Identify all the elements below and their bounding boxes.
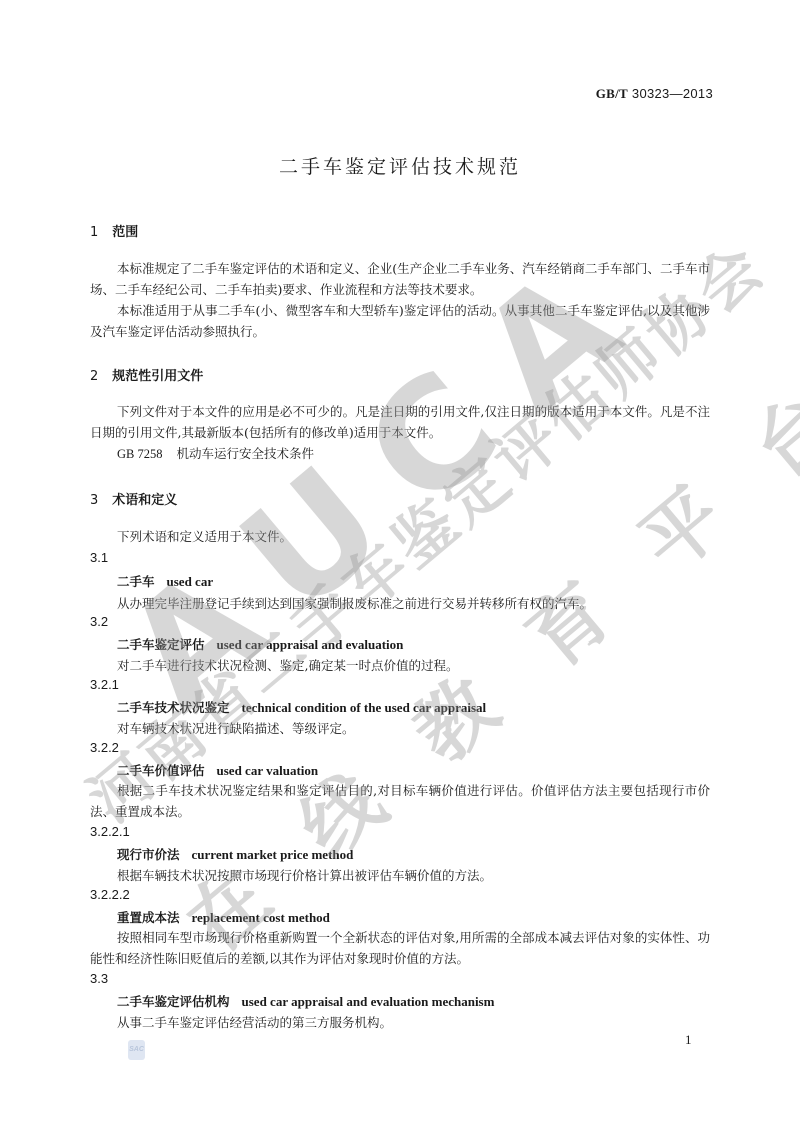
term-heading: 二手车used car [117,572,213,590]
section-heading-1: 1范围 [90,221,138,240]
sac-logo-icon: SAC [128,1040,145,1060]
term-definition: 按照相同车型市场现行价格重新购置一个全新状态的评估对象,用所需的全部成本减去评估… [90,927,710,969]
clause-number: 3.1 [90,550,108,565]
reference-code: GB 7258 [117,447,163,461]
document-title: 二手车鉴定评估技术规范 [0,152,800,179]
reference-title: 机动车运行安全技术条件 [177,446,315,461]
normative-references-paragraph: 下列文件对于本文件的应用是必不可少的。凡是注日期的引用文件,仅注日期的版本适用于… [90,401,710,443]
scope-paragraph-2: 本标准适用于从事二手车(小、微型客车和大型轿车)鉴定评估的活动。从事其他二手车鉴… [90,300,710,342]
standard-code: 30323—2013 [632,86,713,101]
clause-number: 3.2.1 [90,677,119,692]
term-definition: 根据车辆技术状况按照市场现行价格计算出被评估车辆价值的方法。 [117,866,492,884]
scope-paragraph-1: 本标准规定了二手车鉴定评估的术语和定义、企业(生产企业二手车业务、汽车经销商二手… [90,258,710,300]
term-heading: 二手车鉴定评估机构used car appraisal and evaluati… [117,992,494,1010]
term-heading: 二手车鉴定评估used car appraisal and evaluation [117,635,403,653]
clause-number: 3.2.2.2 [90,887,130,902]
clause-number: 3.2 [90,614,108,629]
standard-number: GB/T 30323—2013 [596,86,713,102]
clause-number: 3.2.2 [90,740,119,755]
term-definition: 根据二手车技术状况鉴定结果和鉴定评估目的,对目标车辆价值进行评估。价值评估方法主… [90,780,710,822]
section-heading-3: 3术语和定义 [90,489,177,508]
term-heading: 现行市价法current market price method [117,845,353,863]
term-definition: 对车辆技术状况进行缺陷描述、等级评定。 [117,719,355,737]
term-heading: 重置成本法replacement cost method [117,908,330,926]
standard-prefix: GB/T [596,86,628,101]
clause-number: 3.2.2.1 [90,824,130,839]
section-heading-2: 2规范性引用文件 [90,365,203,384]
term-definition: 从办理完毕注册登记手续到达到国家强制报废标准之前进行交易并转移所有权的汽车。 [117,594,592,612]
term-heading: 二手车技术状况鉴定technical condition of the used… [117,698,486,716]
clause-number: 3.3 [90,971,108,986]
terms-intro: 下列术语和定义适用于本文件。 [117,527,292,545]
page-number: 1 [685,1032,692,1048]
term-definition: 对二手车进行技术状况检测、鉴定,确定某一时点价值的过程。 [117,656,458,674]
document-page: GB/T 30323—2013 二手车鉴定评估技术规范 1范围 本标准规定了二手… [0,0,800,1131]
reference-item: GB 7258机动车运行安全技术条件 [117,444,314,462]
term-definition: 从事二手车鉴定评估经营活动的第三方服务机构。 [117,1013,392,1031]
term-heading: 二手车价值评估used car valuation [117,761,318,779]
